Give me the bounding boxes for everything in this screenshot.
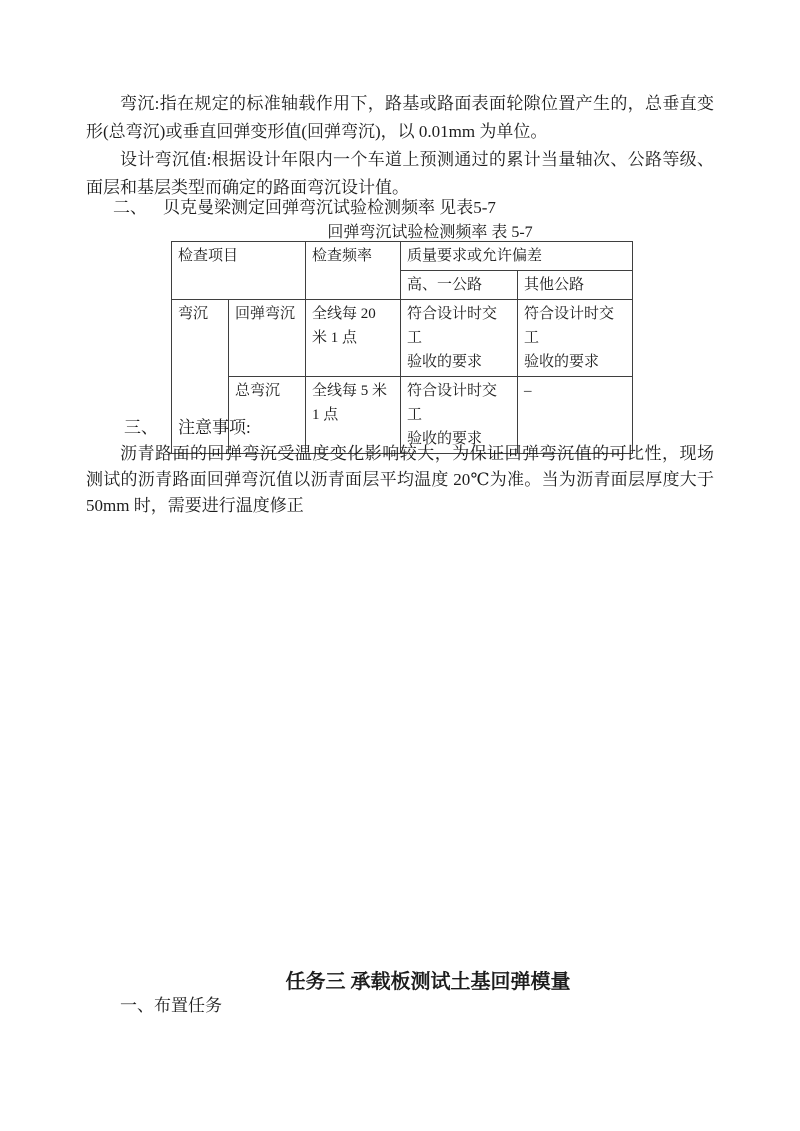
document-page: 弯沉:指在规定的标准轴载作用下，路基或路面表面轮隙位置产生的，总垂直变形(总弯沉… [0,0,800,1131]
header-cell-high-grade-road: 高、一公路 [401,271,518,300]
section-heading-beckman-text: 贝克曼梁测定回弹弯沉试验检测频率 见表5-7 [163,198,496,217]
section-heading-notes-text: 注意事项: [178,418,251,437]
section-number-er: 二、 [113,198,147,217]
header-cell-check-item: 检查项目 [172,242,306,300]
table-header-row-1: 检查项目 检查频率 质量要求或允许偏差 [172,242,633,271]
paragraph-deflection-definition: 弯沉:指在规定的标准轴载作用下，路基或路面表面轮隙位置产生的，总垂直变形(总弯沉… [86,90,714,146]
section-heading-assign-task: 一、布置任务 [86,992,748,1020]
section-heading-notes: 三、注意事项: [86,414,714,442]
cell-item-rebound-deflection: 回弹弯沉 [229,300,306,377]
cell-frequency-rebound: 全线每 20 米 1 点 [306,300,401,377]
section-number-san: 三、 [124,418,158,437]
cell-requirement-high-rebound: 符合设计时交工 验收的要求 [401,300,518,377]
table-row-rebound-deflection: 弯沉 回弹弯沉 全线每 20 米 1 点 符合设计时交工 验收的要求 符合设计时… [172,300,633,377]
cell-requirement-other-rebound: 符合设计时交工 验收的要求 [518,300,633,377]
header-cell-other-road: 其他公路 [518,271,633,300]
paragraph-notes-body: 沥青路面的回弹弯沉受温度变化影响较大，为保证回弹弯沉值的可比性，现场测试的沥青路… [86,441,714,519]
header-cell-check-frequency: 检查频率 [306,242,401,300]
section-heading-beckman: 二、贝克曼梁测定回弹弯沉试验检测频率 见表5-7 [86,194,714,222]
header-cell-quality-requirement: 质量要求或允许偏差 [401,242,633,271]
